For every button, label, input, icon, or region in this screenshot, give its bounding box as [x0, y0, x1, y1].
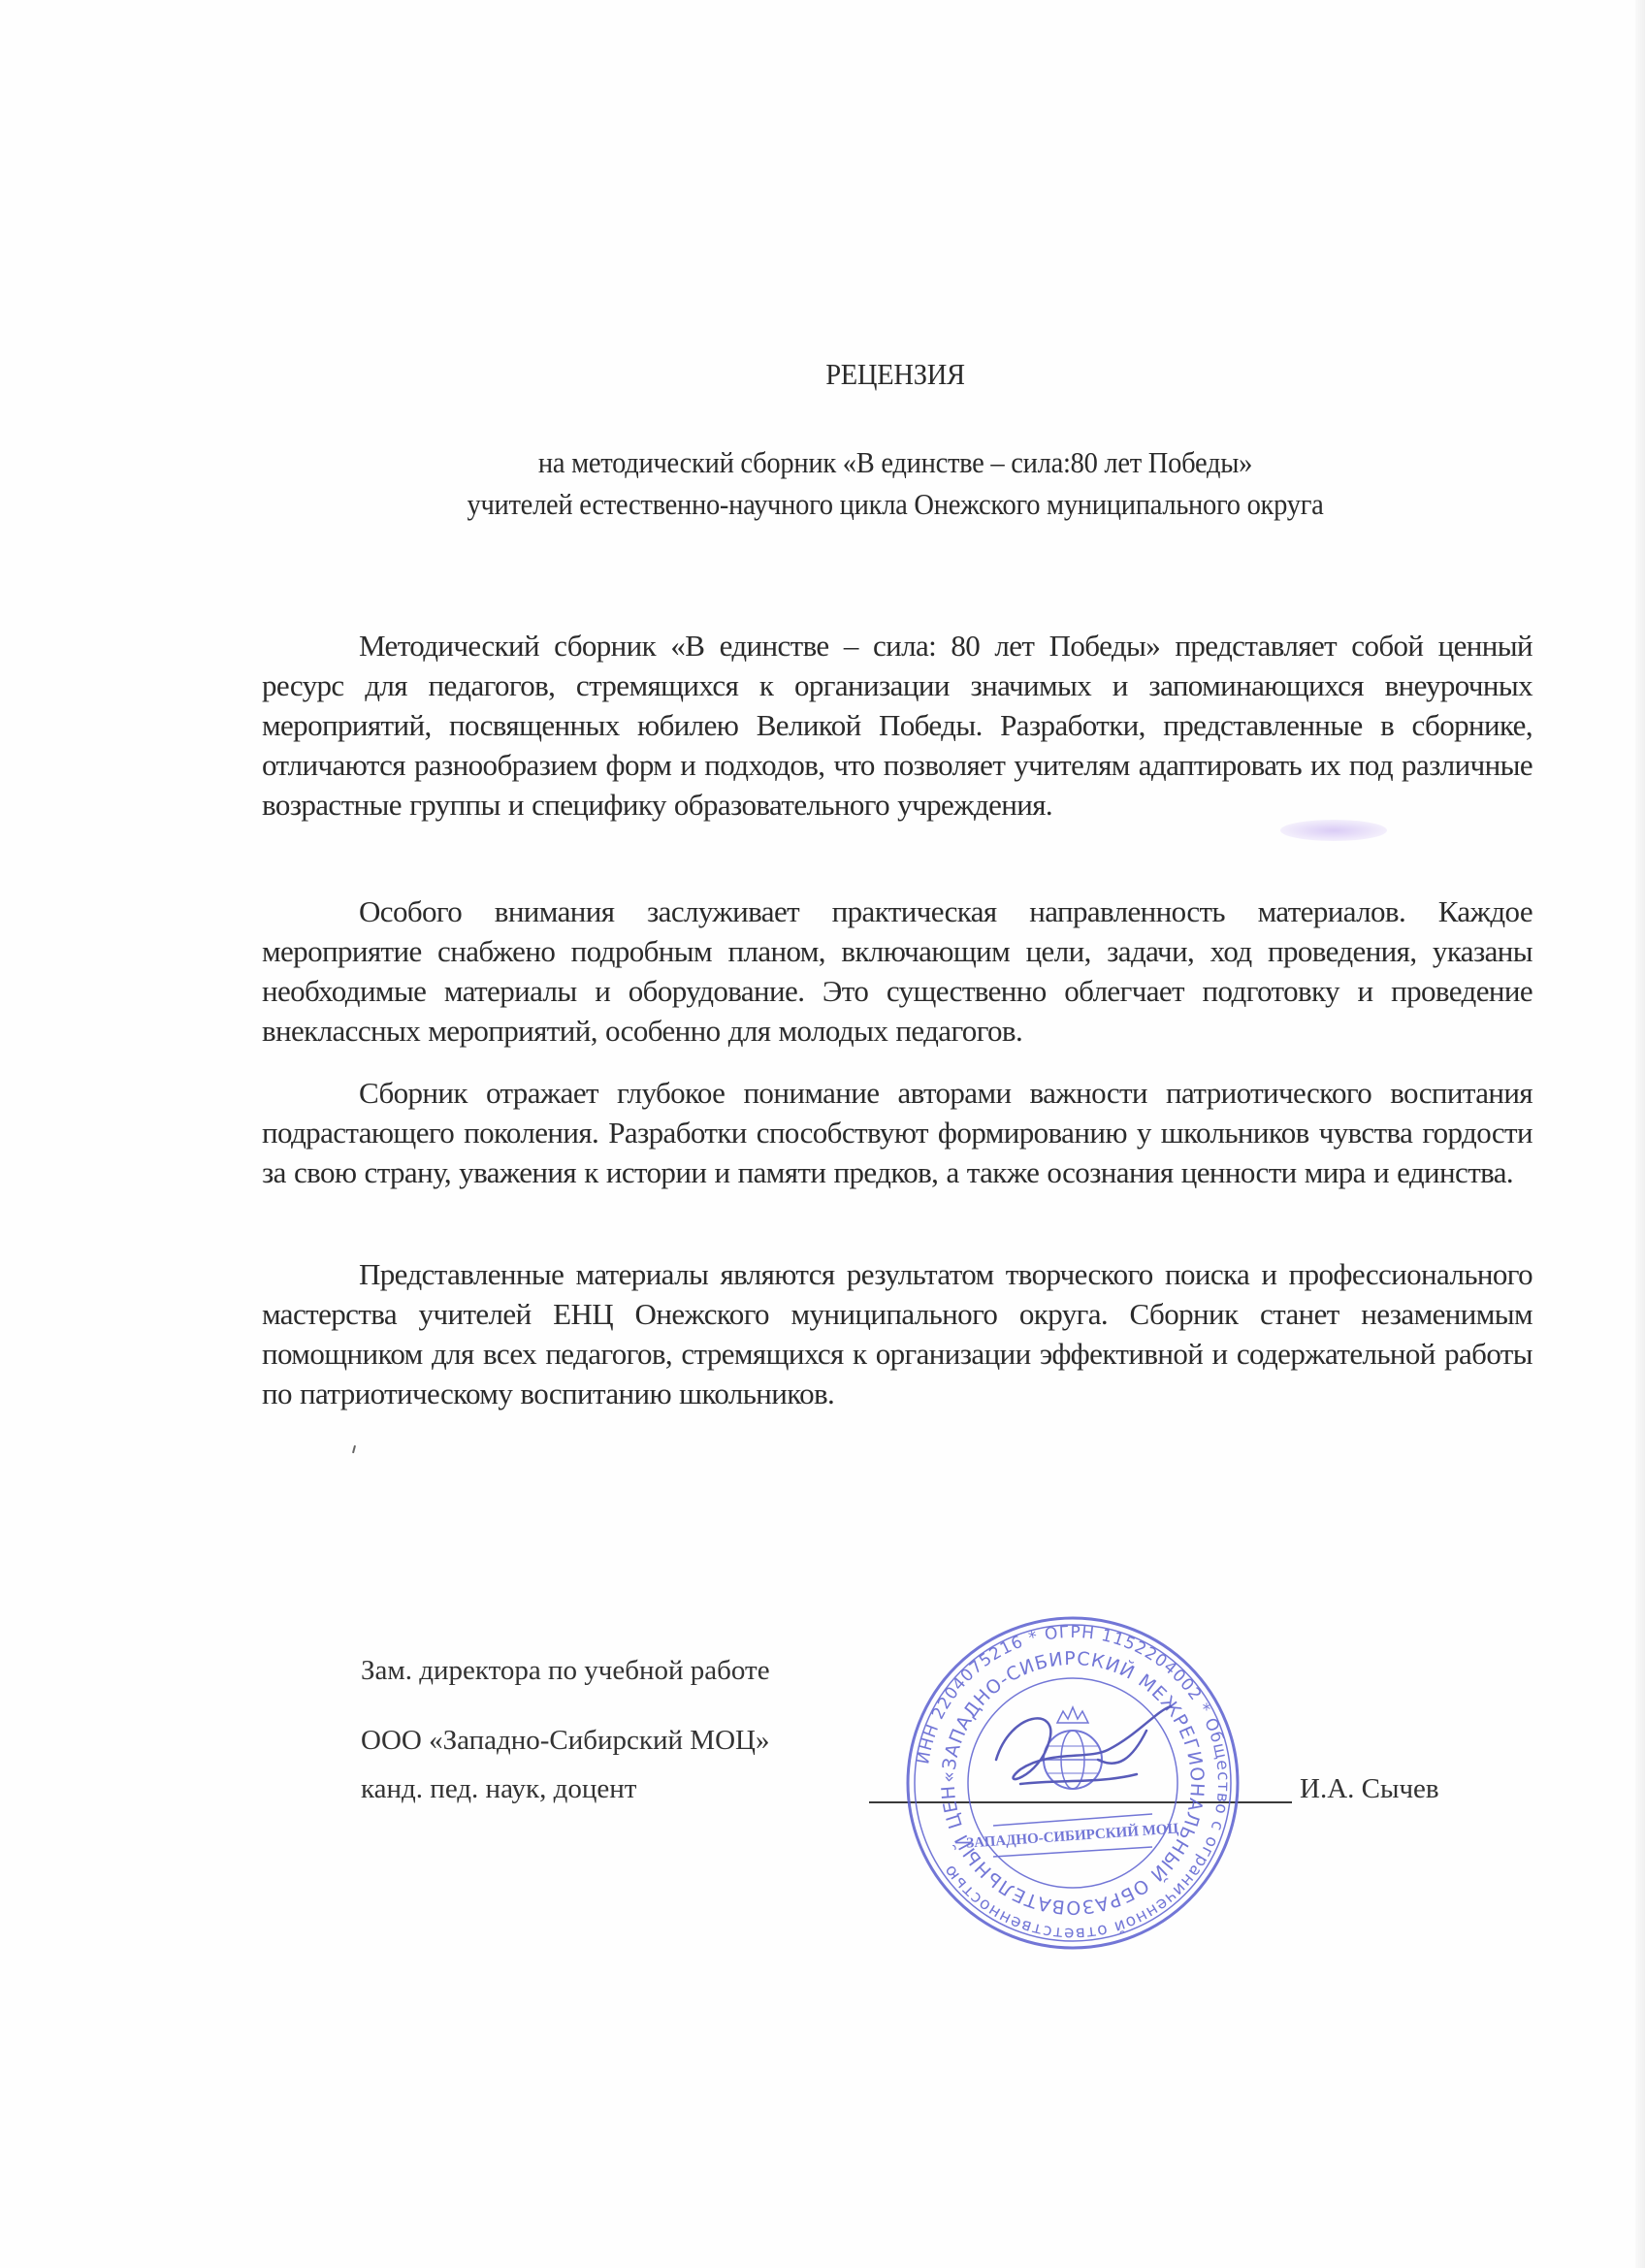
signer-name: И.А. Сычев: [1300, 1771, 1439, 1806]
document-title: РЕЦЕНЗИЯ: [139, 355, 1645, 394]
paragraph-4: Представленные материалы являются резуль…: [262, 1254, 1532, 1413]
document-subtitle: на методический сборник «В единстве – си…: [139, 443, 1645, 482]
svg-text:ИНН 2204075216 * ОГРН 11522040: ИНН 2204075216 * ОГРН 1152204002 * Общес…: [914, 1623, 1233, 1943]
paragraph-1: Методический сборник «В единстве – сила:…: [262, 626, 1532, 825]
ink-smudge: [1280, 820, 1387, 841]
paragraph-2: Особого внимания заслуживает практическа…: [262, 891, 1532, 1051]
stray-mark: [352, 1445, 356, 1453]
document-authors-line: учителей естественно-научного цикла Онеж…: [139, 485, 1645, 524]
official-stamp-icon: ИНН 2204075216 * ОГРН 1152204002 * Общес…: [904, 1614, 1242, 1952]
scan-edge: [1635, 0, 1645, 2268]
signer-degree: канд. пед. наук, доцент: [361, 1771, 636, 1806]
paragraph-3: Сборник отражает глубокое понимание авто…: [262, 1073, 1532, 1192]
document-page: РЕЦЕНЗИЯ на методический сборник «В един…: [0, 0, 1645, 2268]
signer-organization: ООО «Западно-Сибирский МОЦ»: [361, 1723, 769, 1758]
signer-position: Зам. директора по учебной работе: [361, 1653, 770, 1688]
